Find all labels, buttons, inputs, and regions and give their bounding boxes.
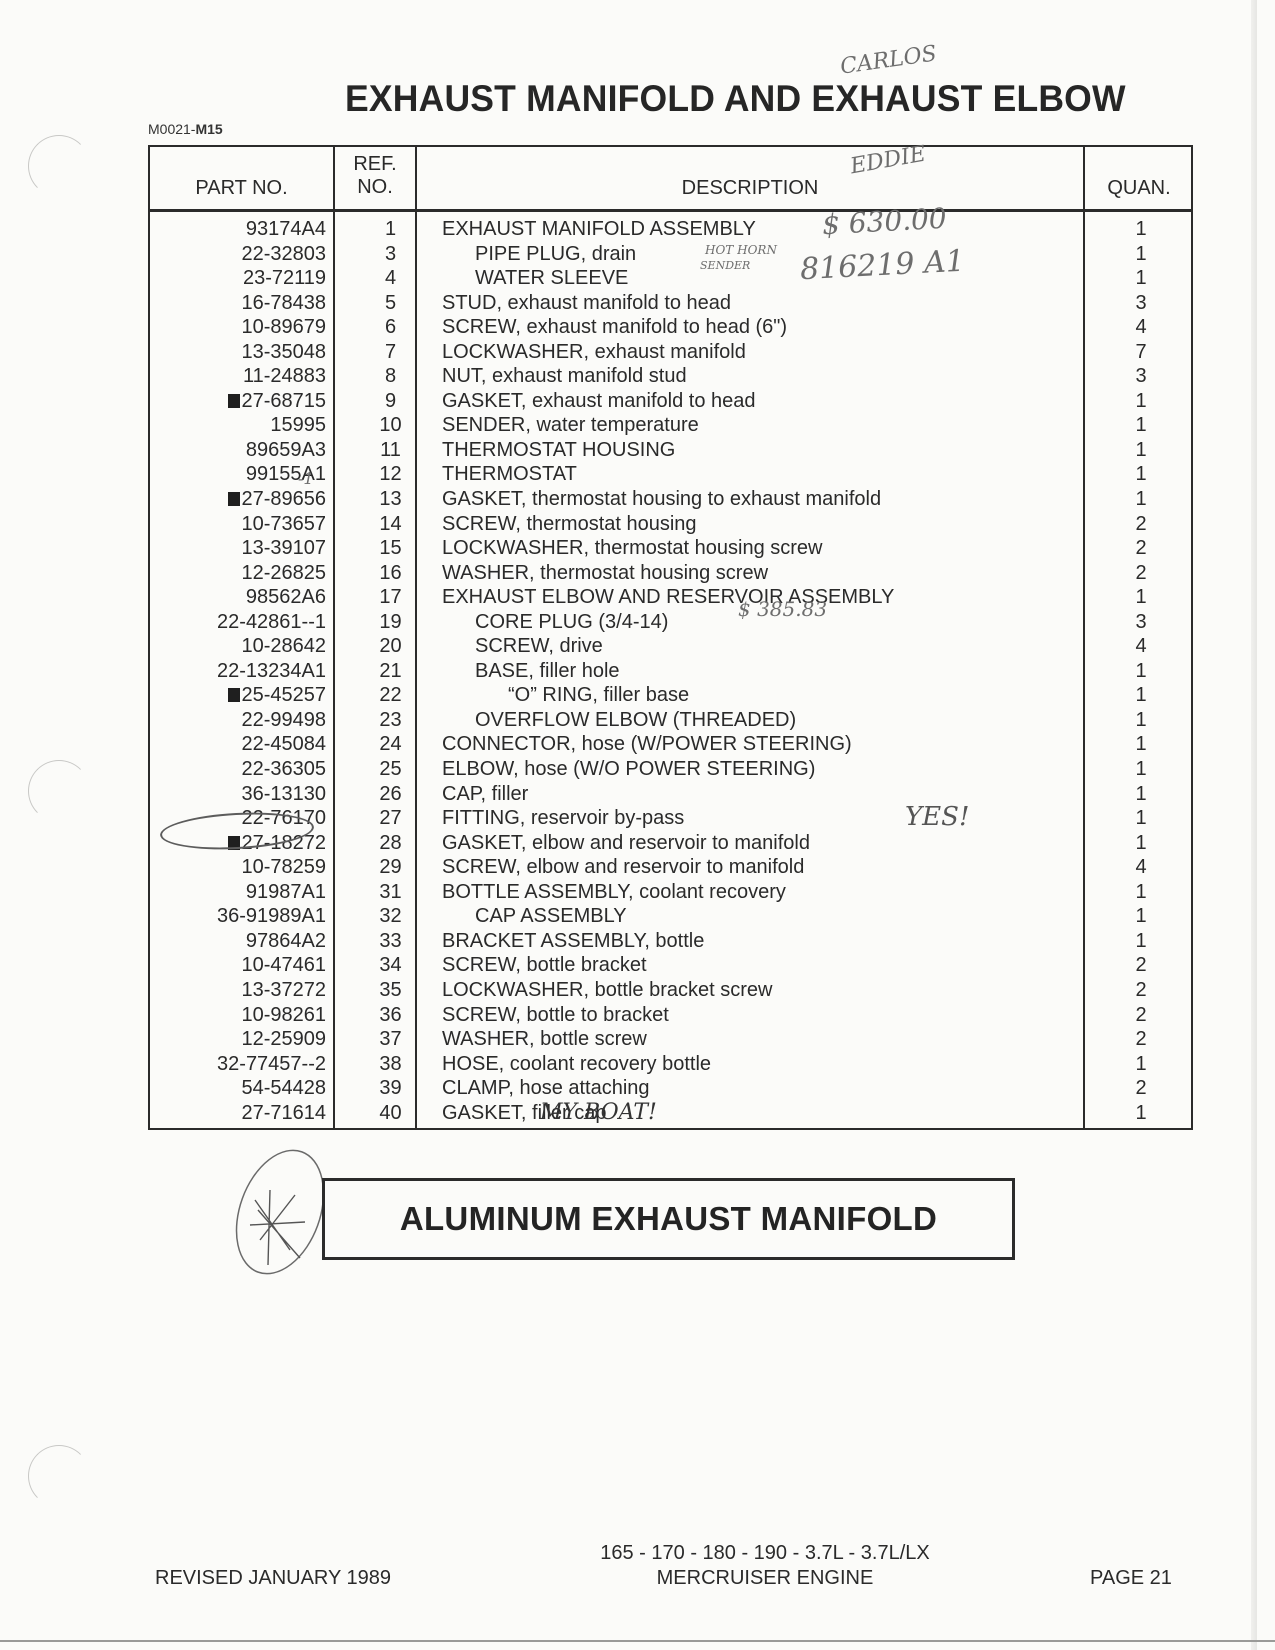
- page-bottom-edge: [0, 1640, 1275, 1642]
- table-row: 12-2590937WASHER, bottle screw2: [150, 1027, 1191, 1052]
- footer-engine-info: 165 - 170 - 180 - 190 - 3.7L - 3.7L/LX M…: [530, 1541, 1000, 1591]
- ref-number: 1: [348, 217, 433, 242]
- quantity: 2: [1090, 1076, 1192, 1101]
- part-number: 93174A4: [246, 217, 326, 242]
- quantity: 3: [1090, 364, 1192, 389]
- table-row: 54-5442839CLAMP, hose attaching2: [150, 1076, 1191, 1101]
- part-number: 54-54428: [241, 1076, 326, 1101]
- part-number: 16-78438: [241, 291, 326, 316]
- ref-number: 5: [348, 291, 433, 316]
- table-row: 22-3630525ELBOW, hose (W/O POWER STEERIN…: [150, 757, 1191, 782]
- quantity: 1: [1090, 438, 1192, 463]
- part-description: GASKET, exhaust manifold to head: [442, 389, 756, 414]
- part-description: GASKET, elbow and reservoir to manifold: [442, 831, 810, 856]
- table-row: 22-4508424CONNECTOR, hose (W/POWER STEER…: [150, 732, 1191, 757]
- part-number: 10-73657: [241, 512, 326, 537]
- ref-number: 34: [348, 953, 433, 978]
- quantity: 2: [1090, 561, 1192, 586]
- quantity: 1: [1090, 1052, 1192, 1077]
- page-edge: [1251, 0, 1257, 1650]
- part-number: 22-99498: [241, 708, 326, 733]
- part-description: CAP, filler: [442, 782, 528, 807]
- ref-number: 9: [348, 389, 433, 414]
- table-row: 27-8965613GASKET, thermostat housing to …: [150, 487, 1191, 512]
- parts-table: PART NO. REF. NO. DESCRIPTION QUAN. 9317…: [148, 145, 1193, 1130]
- ref-number: 7: [348, 340, 433, 365]
- part-number: 13-37272: [241, 978, 326, 1003]
- part-number: 12-25909: [241, 1027, 326, 1052]
- part-number: 27-68715: [228, 389, 326, 414]
- part-description: CAP ASSEMBLY: [442, 904, 627, 929]
- part-description: WATER SLEEVE: [442, 266, 628, 291]
- handwritten-sender: SENDER: [700, 259, 750, 272]
- table-row: 10-7365714SCREW, thermostat housing2: [150, 512, 1191, 537]
- part-number: 91987A1: [246, 880, 326, 905]
- part-description: THERMOSTAT: [442, 462, 577, 487]
- table-row: 97864A233BRACKET ASSEMBLY, bottle1: [150, 929, 1191, 954]
- table-row: 10-896796SCREW, exhaust manifold to head…: [150, 315, 1191, 340]
- table-row: 25-4525722“O” RING, filler base1: [150, 683, 1191, 708]
- table-row: 13-350487LOCKWASHER, exhaust manifold7: [150, 340, 1191, 365]
- table-row: 22-328033PIPE PLUG, drain1: [150, 242, 1191, 267]
- part-description: GASKET, thermostat housing to exhaust ma…: [442, 487, 881, 512]
- part-description: CORE PLUG (3/4-14): [442, 610, 668, 635]
- header-quantity: QUAN.: [1085, 177, 1193, 200]
- ref-number: 29: [348, 855, 433, 880]
- ref-number: 22: [348, 683, 433, 708]
- ref-number: 28: [348, 831, 433, 856]
- part-number: 36-13130: [241, 782, 326, 807]
- quantity: 4: [1090, 634, 1192, 659]
- table-row: 23-721194WATER SLEEVE1: [150, 266, 1191, 291]
- part-number: 27-89656: [228, 487, 326, 512]
- ref-number: 40: [348, 1101, 433, 1126]
- table-row: 22-42861--119CORE PLUG (3/4-14)3: [150, 610, 1191, 635]
- handwritten-price-manifold: $ 630.00: [821, 202, 947, 241]
- part-description: SCREW, thermostat housing: [442, 512, 697, 537]
- table-row: 22-9949823OVERFLOW ELBOW (THREADED)1: [150, 708, 1191, 733]
- table-row: 27-687159GASKET, exhaust manifold to hea…: [150, 389, 1191, 414]
- table-row: 1599510SENDER, water temperature1: [150, 413, 1191, 438]
- part-description: ELBOW, hose (W/O POWER STEERING): [442, 757, 815, 782]
- quantity: 2: [1090, 512, 1192, 537]
- ref-number: 37: [348, 1027, 433, 1052]
- handwritten-hot-horn: HOT HORN: [705, 243, 777, 257]
- part-number: 22-36305: [241, 757, 326, 782]
- table-row: 12-2682516WASHER, thermostat housing scr…: [150, 561, 1191, 586]
- part-number: 22-42861--1: [217, 610, 326, 635]
- section-title: ALUMINUM EXHAUST MANIFOLD: [400, 1200, 937, 1238]
- ref-number: 15: [348, 536, 433, 561]
- quantity: 1: [1090, 487, 1192, 512]
- table-row: 98562A617EXHAUST ELBOW AND RESERVOIR ASS…: [150, 585, 1191, 610]
- quantity: 1: [1090, 462, 1192, 487]
- table-row: 11-248838NUT, exhaust manifold stud3: [150, 364, 1191, 389]
- table-row: 13-3727235LOCKWASHER, bottle bracket scr…: [150, 978, 1191, 1003]
- quantity: 1: [1090, 732, 1192, 757]
- part-description: LOCKWASHER, exhaust manifold: [442, 340, 746, 365]
- part-description: SCREW, exhaust manifold to head (6"): [442, 315, 787, 340]
- ref-number: 8: [348, 364, 433, 389]
- handwritten-carlos: CARLOS: [839, 41, 939, 79]
- table-row: 91987A131BOTTLE ASSEMBLY, coolant recove…: [150, 880, 1191, 905]
- quantity: 1: [1090, 683, 1192, 708]
- ref-number: 20: [348, 634, 433, 659]
- handwritten-yes: YES!: [905, 802, 969, 832]
- ref-number: 27: [348, 806, 433, 831]
- part-number: 97864A2: [246, 929, 326, 954]
- part-number: 10-98261: [241, 1003, 326, 1028]
- part-description: CLAMP, hose attaching: [442, 1076, 650, 1101]
- document-code: M0021-M15: [148, 121, 223, 137]
- table-row: 10-7825929SCREW, elbow and reservoir to …: [150, 855, 1191, 880]
- part-description: SCREW, bottle bracket: [442, 953, 647, 978]
- part-number: 13-39107: [241, 536, 326, 561]
- ref-number: 14: [348, 512, 433, 537]
- part-number: 13-35048: [241, 340, 326, 365]
- handwritten-my-boat: MY BOAT!: [540, 1100, 657, 1125]
- new-part-marker-icon: [228, 492, 240, 506]
- quantity: 1: [1090, 904, 1192, 929]
- part-number: 22-32803: [241, 242, 326, 267]
- quantity: 2: [1090, 978, 1192, 1003]
- ref-number: 3: [348, 242, 433, 267]
- ref-number: 11: [348, 438, 433, 463]
- part-description: CONNECTOR, hose (W/POWER STEERING): [442, 732, 852, 757]
- quantity: 7: [1090, 340, 1192, 365]
- ref-number: 35: [348, 978, 433, 1003]
- quantity: 1: [1090, 217, 1192, 242]
- part-number: 15995: [270, 413, 326, 438]
- quantity: 1: [1090, 880, 1192, 905]
- quantity: 1: [1090, 806, 1192, 831]
- part-description: BRACKET ASSEMBLY, bottle: [442, 929, 704, 954]
- part-description: SCREW, elbow and reservoir to manifold: [442, 855, 804, 880]
- footer-page-number: PAGE 21: [1090, 1567, 1172, 1590]
- ref-number: 32: [348, 904, 433, 929]
- ref-number: 31: [348, 880, 433, 905]
- header-ref-no: REF. NO.: [335, 153, 415, 199]
- part-number: 99155A1: [246, 462, 326, 487]
- ref-number: 16: [348, 561, 433, 586]
- ref-number: 4: [348, 266, 433, 291]
- part-number: 89659A3: [246, 438, 326, 463]
- handwritten-price-elbow: $ 385.83: [738, 597, 827, 621]
- quantity: 1: [1090, 708, 1192, 733]
- table-row: 93174A41EXHAUST MANIFOLD ASSEMBLY1: [150, 217, 1191, 242]
- table-row: 10-9826136SCREW, bottle to bracket2: [150, 1003, 1191, 1028]
- footer-models: 165 - 170 - 180 - 190 - 3.7L - 3.7L/LX: [530, 1541, 1000, 1566]
- quantity: 1: [1090, 929, 1192, 954]
- quantity: 2: [1090, 1003, 1192, 1028]
- quantity: 4: [1090, 315, 1192, 340]
- quantity: 3: [1090, 291, 1192, 316]
- part-description: OVERFLOW ELBOW (THREADED): [442, 708, 796, 733]
- part-number: 10-89679: [241, 315, 326, 340]
- ref-number: 25: [348, 757, 433, 782]
- part-number: 23-72119: [243, 266, 326, 291]
- part-number: 10-28642: [241, 634, 326, 659]
- ref-number: 19: [348, 610, 433, 635]
- header-description: DESCRIPTION: [417, 177, 1083, 200]
- ref-number: 26: [348, 782, 433, 807]
- quantity: 1: [1090, 242, 1192, 267]
- quantity: 1: [1090, 389, 1192, 414]
- quantity: 1: [1090, 585, 1192, 610]
- quantity: 1: [1090, 659, 1192, 684]
- table-row: 16-784385STUD, exhaust manifold to head3: [150, 291, 1191, 316]
- table-row: 10-4746134SCREW, bottle bracket2: [150, 953, 1191, 978]
- header-divider: [150, 209, 1191, 212]
- ref-number: 17: [348, 585, 433, 610]
- part-number: 10-78259: [241, 855, 326, 880]
- part-number: 36-91989A1: [217, 904, 326, 929]
- quantity: 1: [1090, 757, 1192, 782]
- part-description: “O” RING, filler base: [442, 683, 689, 708]
- ref-number: 12: [348, 462, 433, 487]
- ref-number: 38: [348, 1052, 433, 1077]
- part-description: NUT, exhaust manifold stud: [442, 364, 687, 389]
- part-description: STUD, exhaust manifold to head: [442, 291, 731, 316]
- part-description: LOCKWASHER, thermostat housing screw: [442, 536, 823, 561]
- quantity: 1: [1090, 266, 1192, 291]
- part-description: WASHER, thermostat housing screw: [442, 561, 768, 586]
- handwritten-suffix: -1: [298, 469, 314, 488]
- quantity: 1: [1090, 782, 1192, 807]
- part-description: BASE, filler hole: [442, 659, 620, 684]
- part-description: BOTTLE ASSEMBLY, coolant recovery: [442, 880, 786, 905]
- table-row: 10-2864220SCREW, drive4: [150, 634, 1191, 659]
- part-number: 32-77457--2: [217, 1052, 326, 1077]
- ref-number: 10: [348, 413, 433, 438]
- quantity: 1: [1090, 1101, 1192, 1126]
- table-body: 93174A41EXHAUST MANIFOLD ASSEMBLY122-328…: [150, 217, 1191, 1125]
- quantity: 2: [1090, 536, 1192, 561]
- ref-number: 6: [348, 315, 433, 340]
- quantity: 1: [1090, 413, 1192, 438]
- ref-number: 13: [348, 487, 433, 512]
- table-row: 13-3910715LOCKWASHER, thermostat housing…: [150, 536, 1191, 561]
- ref-number: 33: [348, 929, 433, 954]
- page-title: EXHAUST MANIFOLD AND EXHAUST ELBOW: [345, 78, 1126, 120]
- section-box: ALUMINUM EXHAUST MANIFOLD: [322, 1178, 1015, 1260]
- part-description: EXHAUST MANIFOLD ASSEMBLY: [442, 217, 756, 242]
- table-row: 22-13234A121BASE, filler hole1: [150, 659, 1191, 684]
- part-description: FITTING, reservoir by-pass: [442, 806, 684, 831]
- table-row: 27-7161440GASKET, filler cap1: [150, 1101, 1191, 1126]
- part-number: 12-26825: [241, 561, 326, 586]
- table-row: 36-1313026CAP, filler1: [150, 782, 1191, 807]
- part-number: 11-24883: [243, 364, 326, 389]
- part-number: 25-45257: [228, 683, 326, 708]
- punch-hole: [28, 135, 90, 197]
- table-row: 89659A311THERMOSTAT HOUSING1: [150, 438, 1191, 463]
- part-description: SENDER, water temperature: [442, 413, 699, 438]
- punch-hole: [28, 1445, 90, 1507]
- quantity: 2: [1090, 953, 1192, 978]
- quantity: 4: [1090, 855, 1192, 880]
- new-part-marker-icon: [228, 394, 240, 408]
- part-description: WASHER, bottle screw: [442, 1027, 647, 1052]
- ref-number: 36: [348, 1003, 433, 1028]
- header-part-no: PART NO.: [150, 177, 333, 200]
- part-description: SCREW, drive: [442, 634, 603, 659]
- part-description: SCREW, bottle to bracket: [442, 1003, 669, 1028]
- part-description: THERMOSTAT HOUSING: [442, 438, 675, 463]
- part-number: 27-71614: [241, 1101, 326, 1126]
- part-number: 10-47461: [241, 953, 326, 978]
- part-description: LOCKWASHER, bottle bracket screw: [442, 978, 772, 1003]
- quantity: 2: [1090, 1027, 1192, 1052]
- footer-engine: MERCRUISER ENGINE: [530, 1566, 1000, 1591]
- footer-revised: REVISED JANUARY 1989: [155, 1567, 391, 1590]
- new-part-marker-icon: [228, 688, 240, 702]
- part-number: 98562A6: [246, 585, 326, 610]
- ref-number: 21: [348, 659, 433, 684]
- part-number: 22-45084: [241, 732, 326, 757]
- quantity: 3: [1090, 610, 1192, 635]
- table-row: 36-91989A132CAP ASSEMBLY1: [150, 904, 1191, 929]
- ref-number: 24: [348, 732, 433, 757]
- ref-number: 39: [348, 1076, 433, 1101]
- part-number: 22-13234A1: [217, 659, 326, 684]
- quantity: 1: [1090, 831, 1192, 856]
- part-description: PIPE PLUG, drain: [442, 242, 636, 267]
- table-row: 32-77457--238HOSE, coolant recovery bott…: [150, 1052, 1191, 1077]
- ref-number: 23: [348, 708, 433, 733]
- part-description: HOSE, coolant recovery bottle: [442, 1052, 711, 1077]
- punch-hole: [28, 760, 90, 822]
